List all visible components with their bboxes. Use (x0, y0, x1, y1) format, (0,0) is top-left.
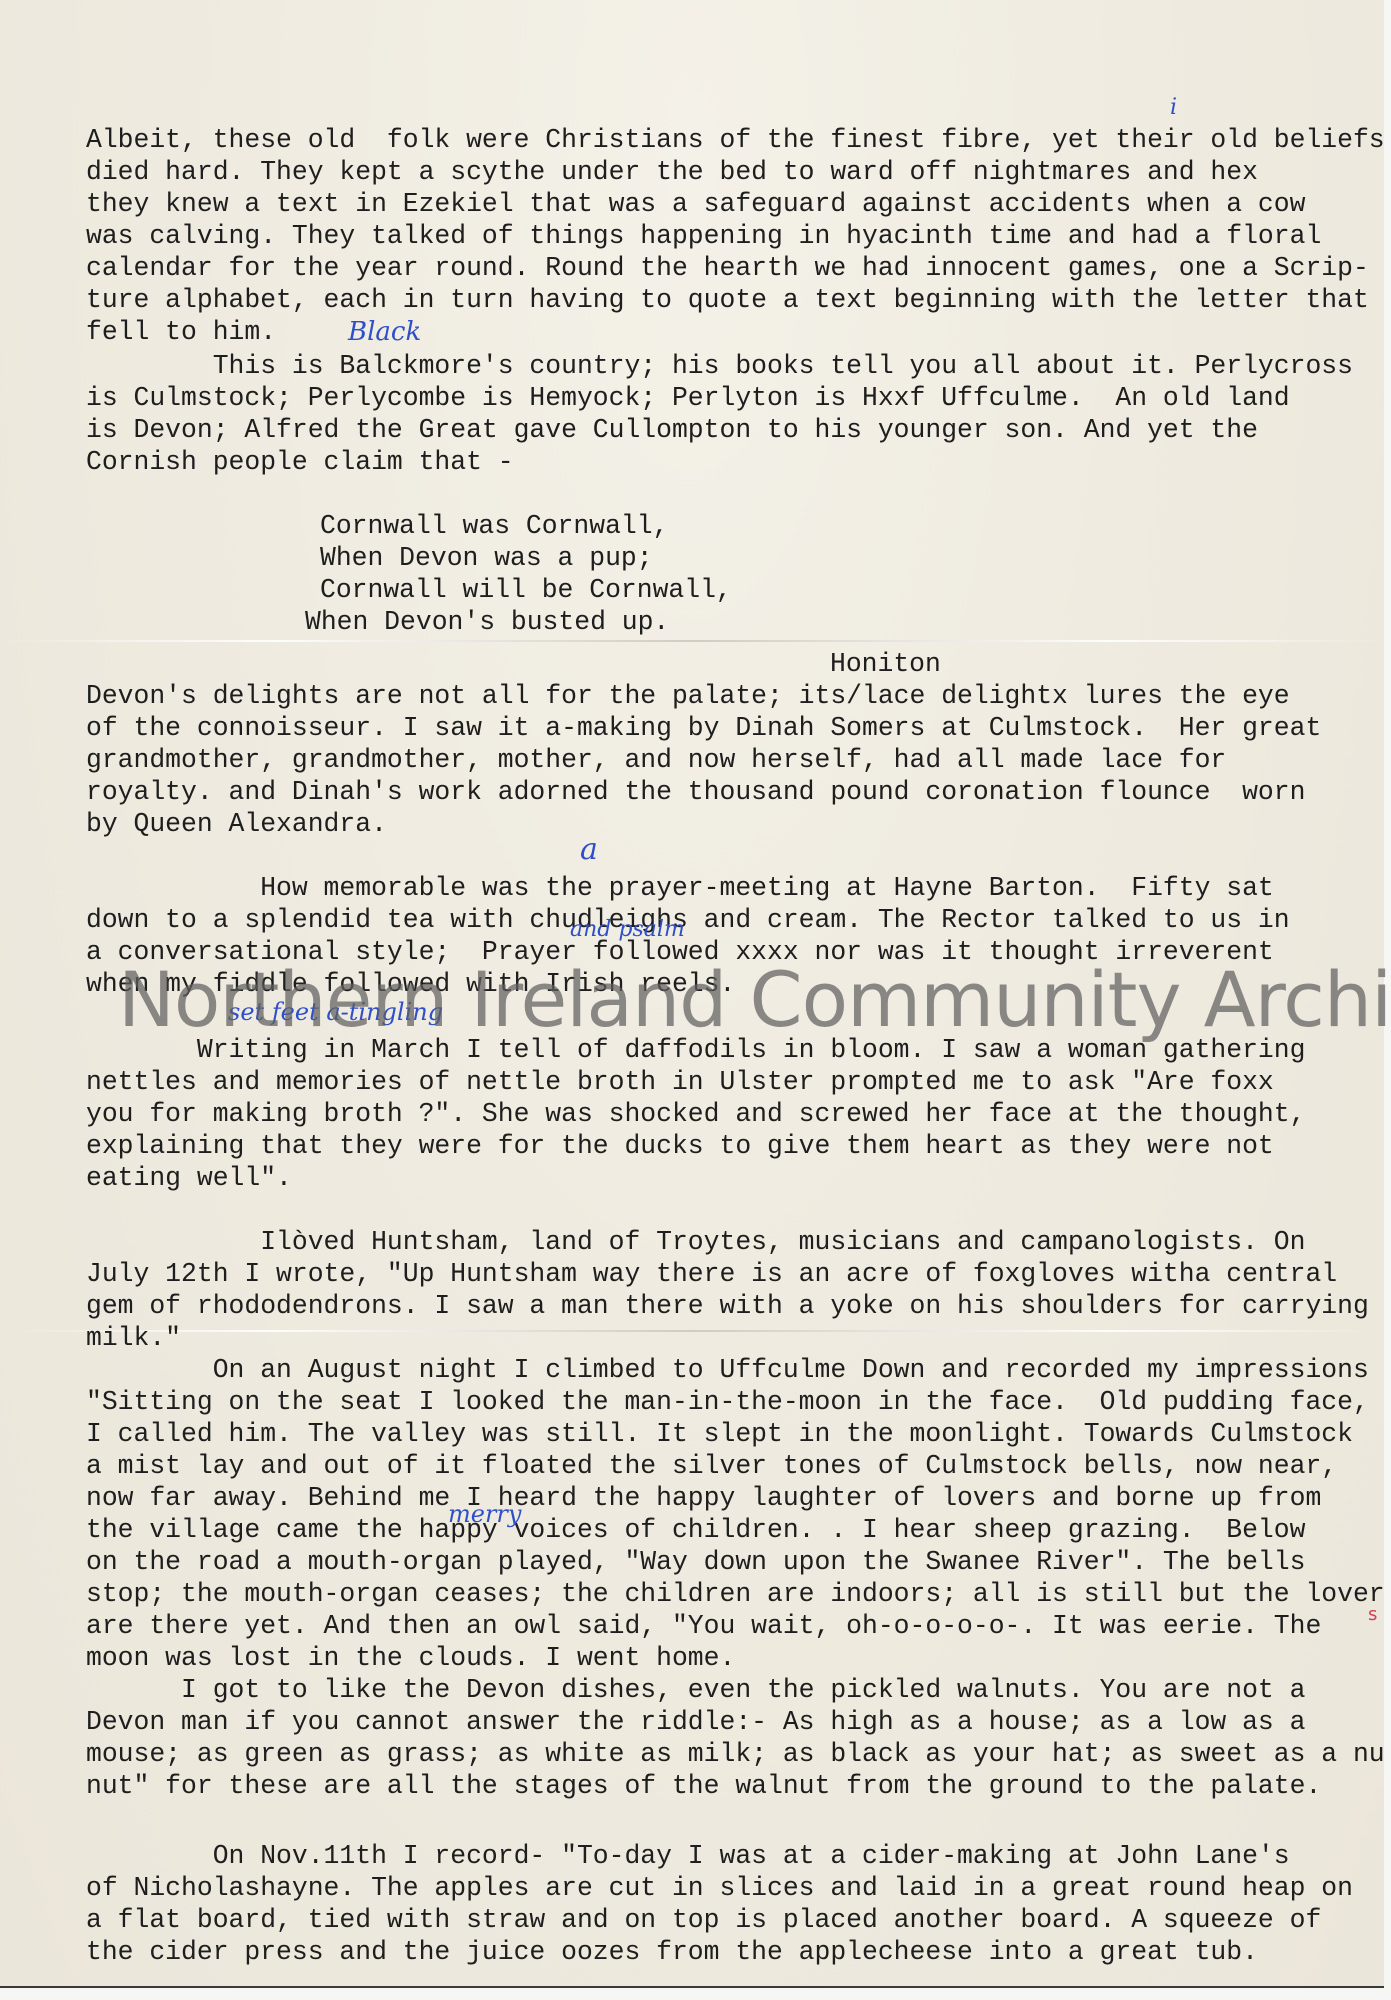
text-line: they knew a text in Ezekiel that was a s… (86, 188, 1305, 220)
margin-s-mark: s (1368, 1604, 1377, 1625)
text-line: is Culmstock; Perlycombe is Hemyock; Per… (86, 382, 1290, 414)
text-line: Cornish people claim that - (86, 446, 514, 478)
text-line: This is Balckmore's country; his books t… (86, 350, 1353, 382)
text-line: was calving. They talked of things happe… (86, 220, 1321, 252)
handwritten-merry: merry (448, 1500, 521, 1528)
text-line: July 12th I wrote, "Up Huntsham way ther… (86, 1258, 1337, 1290)
text-line: the cider press and the juice oozes from… (86, 1936, 1258, 1968)
text-line: stop; the mouth-organ ceases; the childr… (86, 1578, 1385, 1610)
text-line: nut" for these are all the stages of the… (86, 1770, 1321, 1802)
text-line: royalty. and Dinah's work adorned the th… (86, 776, 1305, 808)
text-line: moon was lost in the clouds. I went home… (86, 1642, 735, 1674)
text-line: nettles and memories of nettle broth in … (86, 1066, 1274, 1098)
poem-line: Cornwall was Cornwall, (320, 510, 668, 542)
text-line: died hard. They kept a scythe under the … (86, 156, 1258, 188)
handwritten-a-correction: a (580, 836, 598, 864)
text-line: Devon man if you cannot answer the riddl… (86, 1706, 1305, 1738)
text-line: I got to like the Devon dishes, even the… (86, 1674, 1305, 1706)
text-line: by Queen Alexandra. (86, 808, 387, 840)
text-line: mouse; as green as grass; as white as mi… (86, 1738, 1385, 1770)
poem-line: Cornwall will be Cornwall, (320, 574, 732, 606)
text-line: ture alphabet, each in turn having to qu… (86, 284, 1369, 316)
text-line: is Devon; Alfred the Great gave Cullompt… (86, 414, 1258, 446)
text-line: down to a splendid tea with chudleighs a… (86, 904, 1290, 936)
text-line: "Sitting on the seat I looked the man-in… (86, 1386, 1369, 1418)
text-line: Ilòved Huntsham, land of Troytes, musici… (86, 1226, 1305, 1258)
archive-watermark: Northern Ireland Community Archive (118, 960, 1391, 1040)
text-line: fell to him. (86, 316, 276, 348)
handwritten-and-psalm: and psalm (570, 916, 685, 944)
text-line: eating well". (86, 1162, 292, 1194)
text-line: Albeit, these old folk were Christians o… (86, 124, 1385, 156)
text-line: of the connoisseur. I saw it a-making by… (86, 712, 1321, 744)
fold-crease (0, 1330, 1384, 1332)
text-line: calendar for the year round. Round the h… (86, 252, 1369, 284)
text-line: gem of rhododendrons. I saw a man there … (86, 1290, 1369, 1322)
text-line: How memorable was the prayer-meeting at … (86, 872, 1274, 904)
text-line: On Nov.11th I record- "To-day I was at a… (86, 1840, 1290, 1872)
text-line: now far away. Behind me I heard the happ… (86, 1482, 1321, 1514)
text-line: the village came the happy voices of chi… (86, 1514, 1305, 1546)
text-line: milk." (86, 1322, 181, 1354)
poem-line: When Devon was a pup; (320, 542, 653, 574)
text-line: a flat board, tied with straw and on top… (86, 1904, 1321, 1936)
handwritten-black-correction: Black (348, 318, 421, 346)
text-line: you for making broth ?". She was shocked… (86, 1098, 1305, 1130)
text-line: Devon's delights are not all for the pal… (86, 680, 1290, 712)
text-line: on the road a mouth-organ played, "Way d… (86, 1546, 1305, 1578)
text-line: are there yet. And then an owl said, "Yo… (86, 1610, 1321, 1642)
text-line: On an August night I climbed to Uffculme… (86, 1354, 1369, 1386)
text-line: grandmother, grandmother, mother, and no… (86, 744, 1226, 776)
handwritten-i-correction: i (1170, 94, 1177, 122)
typewritten-page: Albeit, these old folk were Christians o… (0, 0, 1384, 1988)
text-line: explaining that they were for the ducks … (86, 1130, 1274, 1162)
fold-crease (0, 640, 1384, 642)
poem-line: When Devon's busted up. (305, 606, 669, 638)
text-line: of Nicholashayne. The apples are cut in … (86, 1872, 1353, 1904)
insertion-honiton: Honiton (830, 648, 941, 680)
text-line: a mist lay and out of it floated the sil… (86, 1450, 1337, 1482)
text-line: I called him. The valley was still. It s… (86, 1418, 1353, 1450)
